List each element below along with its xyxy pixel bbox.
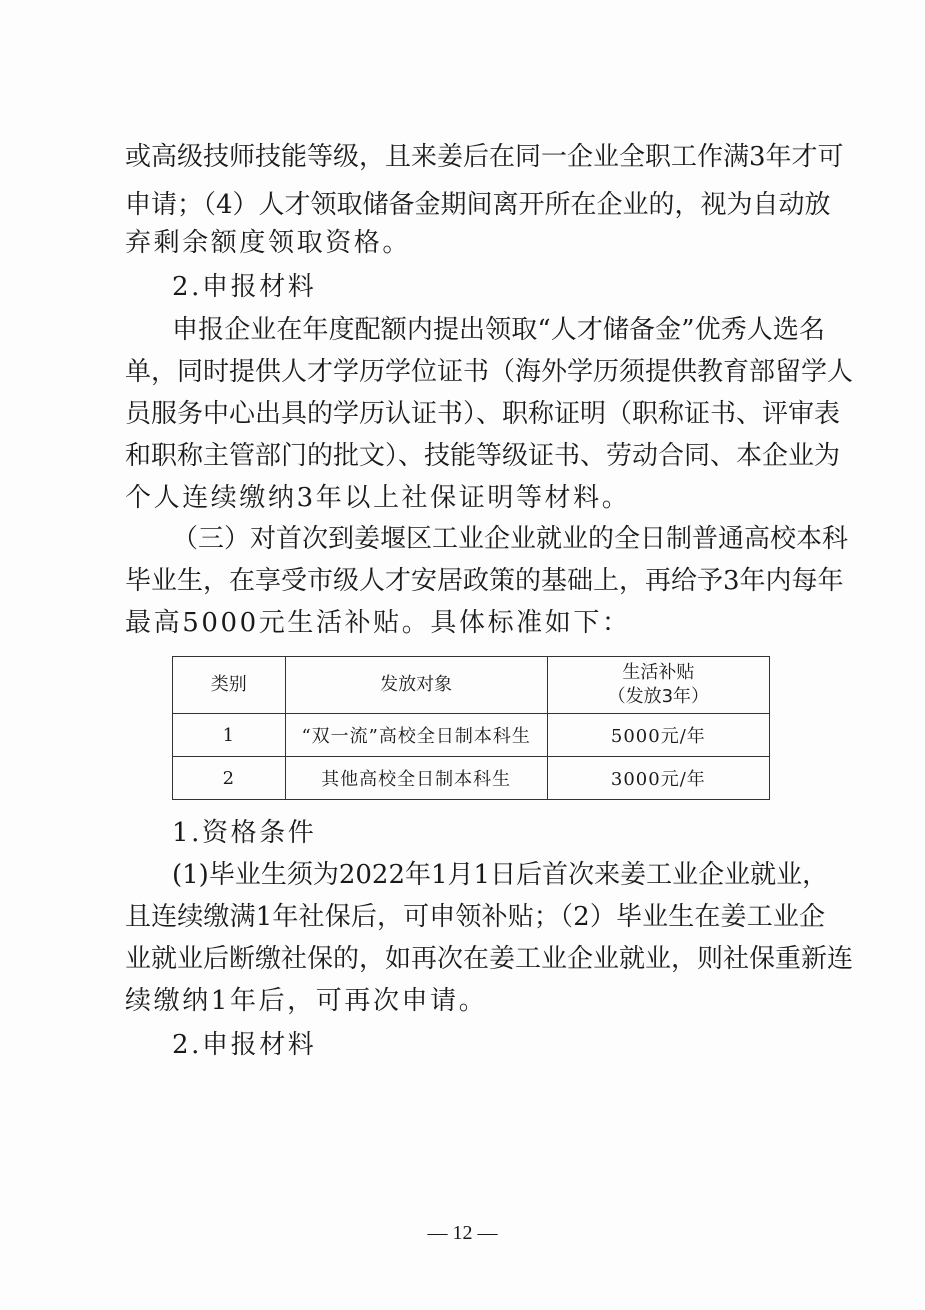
cell-target: 其他高校全日制本科生 <box>285 757 547 800</box>
cell-category: 2 <box>173 757 286 800</box>
header-subsidy-line2: （发放3年） <box>548 685 769 709</box>
text-line: 单，同时提供人才学历学位证书（海外学历须提供教育部留学人 <box>125 357 825 387</box>
text-line: 续缴纳1年后，可再次申请。 <box>125 986 487 1016</box>
text-line: 业就业后断缴社保的，如再次在姜工业企业就业，则社保重新连 <box>125 944 825 974</box>
text-line: 申请；（4）人才领取储备金期间离开所在企业的，视为自动放 <box>125 190 825 220</box>
section-heading: 1.资格条件 <box>172 818 316 848</box>
text-line: 员服务中心出具的学历认证书）、职称证明（职称证书、评审表 <box>125 399 825 429</box>
header-target: 发放对象 <box>285 657 547 714</box>
header-subsidy-line1: 生活补贴 <box>548 661 769 685</box>
text-line: 个人连续缴纳3年以上社保证明等材料。 <box>125 483 630 513</box>
text-line: 和职称主管部门的批文）、技能等级证书、劳动合同、本企业为 <box>125 441 825 471</box>
section-heading: 2.申报材料 <box>172 1030 316 1060</box>
text-line: 毕业生，在享受市级人才安居政策的基础上，再给予3年内每年 <box>125 566 825 596</box>
cell-target: “双一流”高校全日制本科生 <box>285 714 547 757</box>
cell-subsidy: 3000元/年 <box>547 757 769 800</box>
header-category: 类别 <box>173 657 286 714</box>
page-number: — 12 — <box>0 1222 925 1245</box>
cell-category: 1 <box>173 714 286 757</box>
text-line: 且连续缴满1年社保后，可申领补贴；（2）毕业生在姜工业企 <box>125 902 825 932</box>
table-row: 1 “双一流”高校全日制本科生 5000元/年 <box>173 714 770 757</box>
text-line: 或高级技师技能等级，且来姜后在同一企业全职工作满3年才可 <box>125 142 825 172</box>
text-line: 申报企业在年度配额内提出领取“人才储备金”优秀人选名 <box>172 315 825 345</box>
table-header-row: 类别 发放对象 生活补贴 （发放3年） <box>173 657 770 714</box>
header-subsidy: 生活补贴 （发放3年） <box>547 657 769 714</box>
text-line: （三）对首次到姜堰区工业企业就业的全日制普通高校本科 <box>172 524 825 554</box>
text-line: 弃剩余额度领取资格。 <box>125 228 411 258</box>
section-heading: 2.申报材料 <box>172 272 316 302</box>
table-row: 2 其他高校全日制本科生 3000元/年 <box>173 757 770 800</box>
text-line: 最高5000元生活补贴。具体标准如下： <box>125 608 631 638</box>
subsidy-table: 类别 发放对象 生活补贴 （发放3年） 1 “双一流”高校全日制本科生 5000… <box>172 656 770 800</box>
text-line: (1)毕业生须为2022年1月1日后首次来姜工业企业就业， <box>172 860 825 890</box>
cell-subsidy: 5000元/年 <box>547 714 769 757</box>
document-page: 或高级技师技能等级，且来姜后在同一企业全职工作满3年才可 申请；（4）人才领取储… <box>0 0 925 1310</box>
